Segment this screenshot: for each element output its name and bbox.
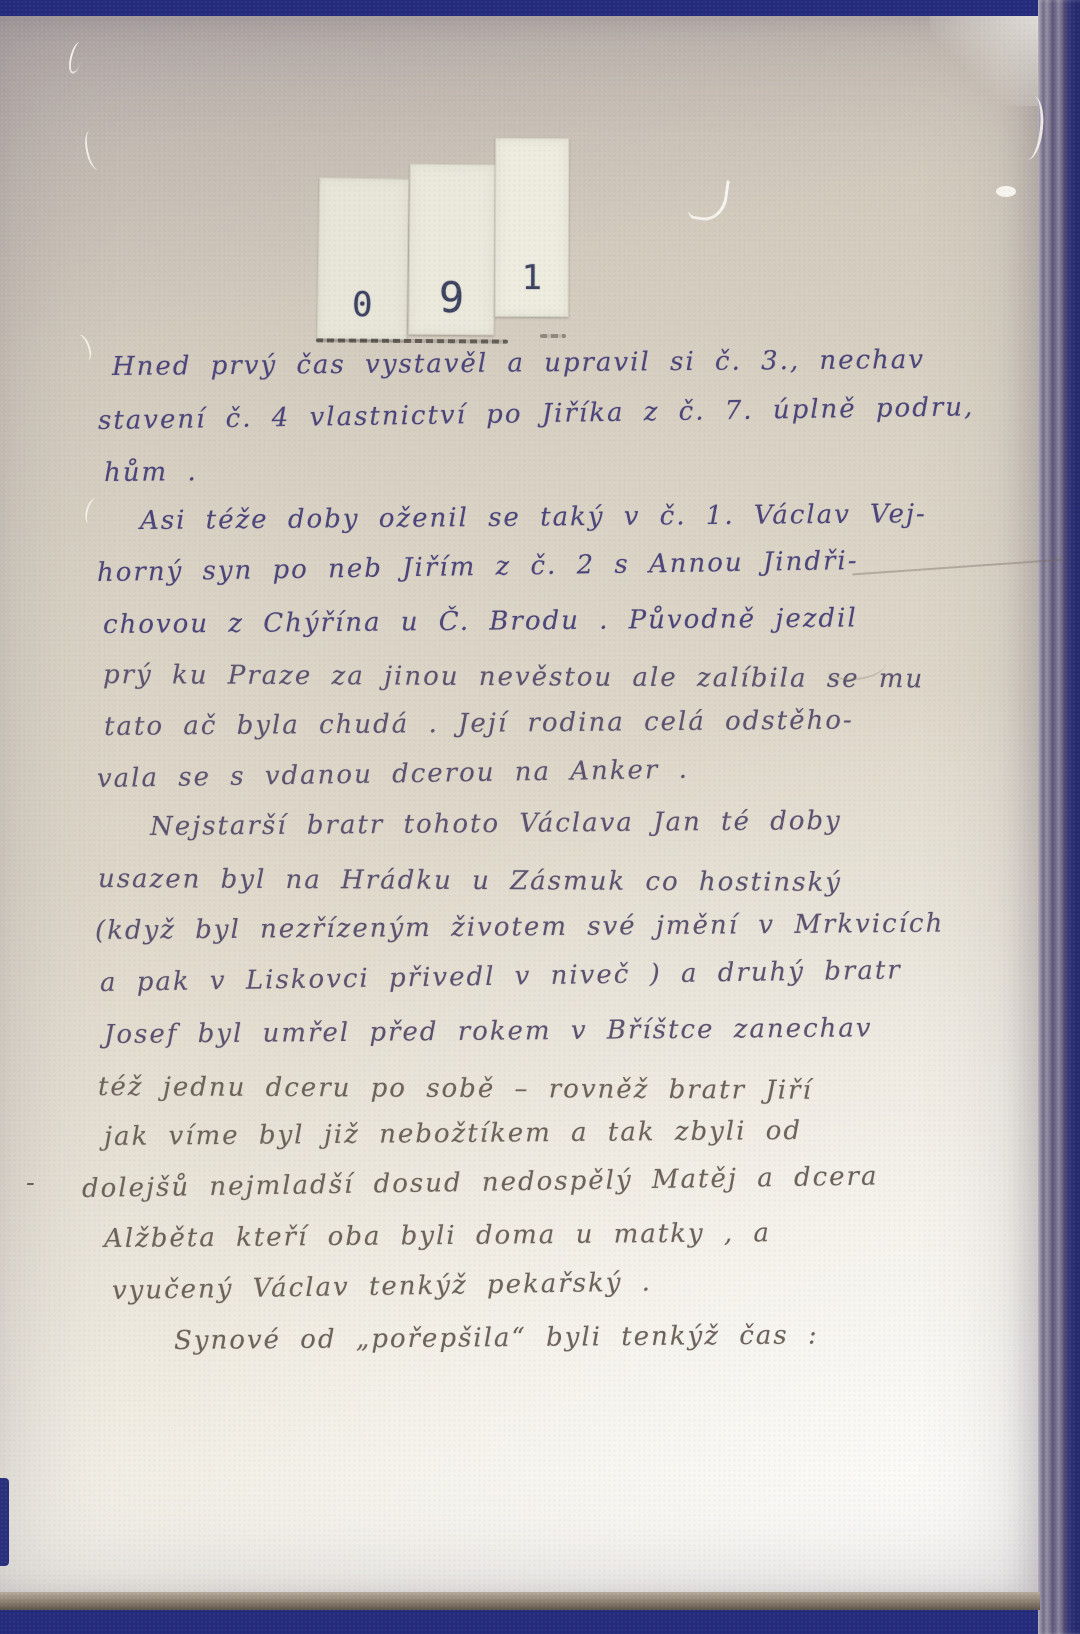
- number-slip: 9: [408, 164, 495, 336]
- page-corner-highlight: [930, 16, 1040, 106]
- manuscript-line: též jednu dceru po sobě – rovněž bratr J…: [98, 1072, 813, 1106]
- manuscript-line: Nejstarší bratr tohoto Václava Jan té do…: [150, 806, 842, 842]
- number-slip: 1: [495, 138, 570, 317]
- photo-left-edge: [0, 1478, 9, 1566]
- manuscript-line: prý ku Praze za jinou nevěstou ale zalíb…: [103, 660, 924, 694]
- manuscript-line: hům .: [104, 457, 198, 488]
- page-bottom-shadow: [0, 1592, 1040, 1610]
- slip-digit: 1: [496, 258, 568, 298]
- slip-shadow-line: [540, 334, 566, 338]
- margin-dash: -: [26, 1168, 37, 1198]
- slip-digit: 9: [409, 273, 493, 323]
- book-page-edges: [1038, 0, 1080, 1634]
- manuscript-line: usazen byl na Hrádku u Zásmuk co hostins…: [98, 864, 842, 898]
- manuscript-line: jak víme byl již nebožtíkem a tak zbyli …: [104, 1116, 802, 1152]
- slip-digit: 0: [318, 284, 407, 325]
- manuscript-line: Synové od „pořepšila“ byli tenkýž čas :: [174, 1320, 819, 1356]
- number-slip: 0: [317, 177, 410, 340]
- manuscript-line: Alžběta kteří oba byli doma u matky , a: [104, 1218, 771, 1254]
- archival-photo: 0 9 1 Hned prvý čas vystavěl a upravil s…: [0, 0, 1080, 1634]
